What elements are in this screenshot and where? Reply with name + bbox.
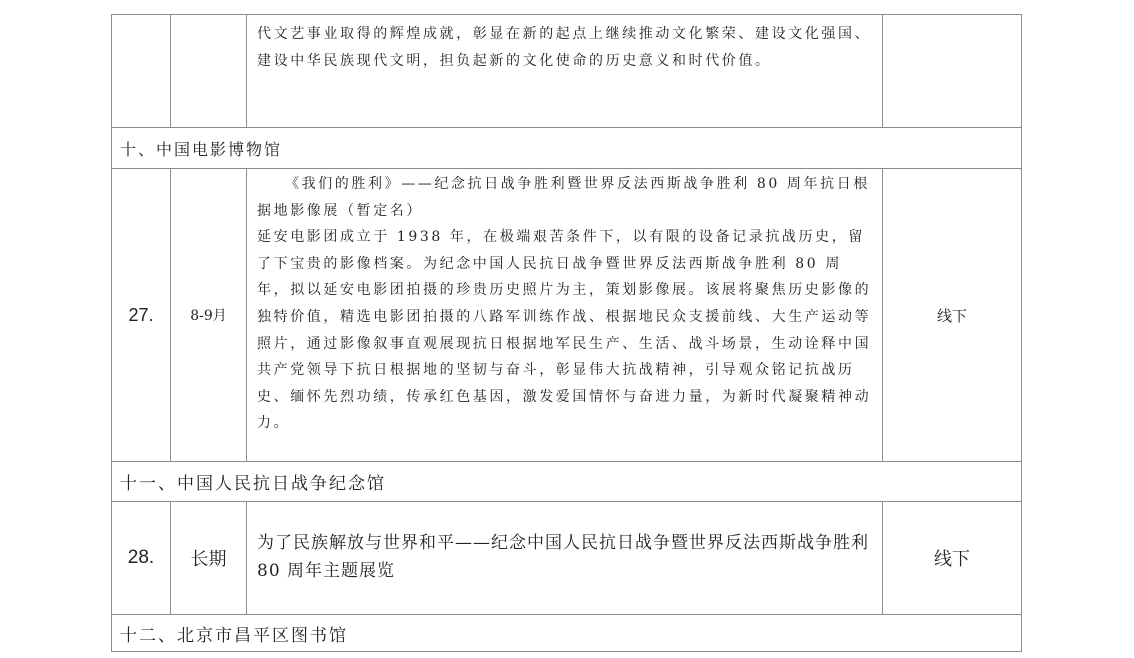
content-cell: 代文艺事业取得的辉煌成就，彰显在新的起点上继续推动文化繁荣、建设文化强国、 建设…	[247, 15, 883, 127]
section-row: 十、中国电影博物馆	[112, 128, 1021, 169]
exhibition-title: 《我们的胜利》——纪念抗日战争胜利暨世界反法西斯战争胜利 80 周年抗日根据地影…	[257, 171, 874, 224]
row-number: 28.	[112, 502, 171, 614]
row-mode: 线下	[883, 502, 1021, 614]
content-line: 建设中华民族现代文明，担负起新的文化使命的历史意义和时代价值。	[257, 48, 874, 75]
table-row-27: 27. 8-9月 《我们的胜利》——纪念抗日战争胜利暨世界反法西斯战争胜利 80…	[112, 169, 1021, 462]
exhibition-description: 延安电影团成立于 1938 年，在极端艰苦条件下，以有限的设备记录抗战历史，留了…	[257, 224, 874, 437]
exhibition-table: 代文艺事业取得的辉煌成就，彰显在新的起点上继续推动文化繁荣、建设文化强国、 建设…	[111, 14, 1022, 652]
date-cell	[171, 15, 247, 127]
table-row-continuation: 代文艺事业取得的辉煌成就，彰显在新的起点上继续推动文化繁荣、建设文化强国、 建设…	[112, 15, 1021, 128]
section-title: 十二、北京市昌平区图书馆	[112, 615, 1021, 651]
row-date: 8-9月	[171, 169, 247, 461]
section-row: 十一、中国人民抗日战争纪念馆	[112, 462, 1021, 502]
content-line: 代文艺事业取得的辉煌成就，彰显在新的起点上继续推动文化繁荣、建设文化强国、	[257, 21, 874, 48]
row-number: 27.	[112, 169, 171, 461]
section-title: 十、中国电影博物馆	[112, 128, 1021, 168]
mode-cell	[883, 15, 1021, 127]
row-mode: 线下	[883, 169, 1021, 461]
section-title: 十一、中国人民抗日战争纪念馆	[112, 462, 1021, 501]
content-cell: 《我们的胜利》——纪念抗日战争胜利暨世界反法西斯战争胜利 80 周年抗日根据地影…	[247, 169, 883, 461]
number-cell	[112, 15, 171, 127]
row-date: 长期	[171, 502, 247, 614]
section-row: 十二、北京市昌平区图书馆	[112, 615, 1021, 651]
table-row-28: 28. 长期 为了民族解放与世界和平——纪念中国人民抗日战争暨世界反法西斯战争胜…	[112, 502, 1021, 615]
exhibition-title: 为了民族解放与世界和平——纪念中国人民抗日战争暨世界反法西斯战争胜利 80 周年…	[247, 502, 883, 614]
